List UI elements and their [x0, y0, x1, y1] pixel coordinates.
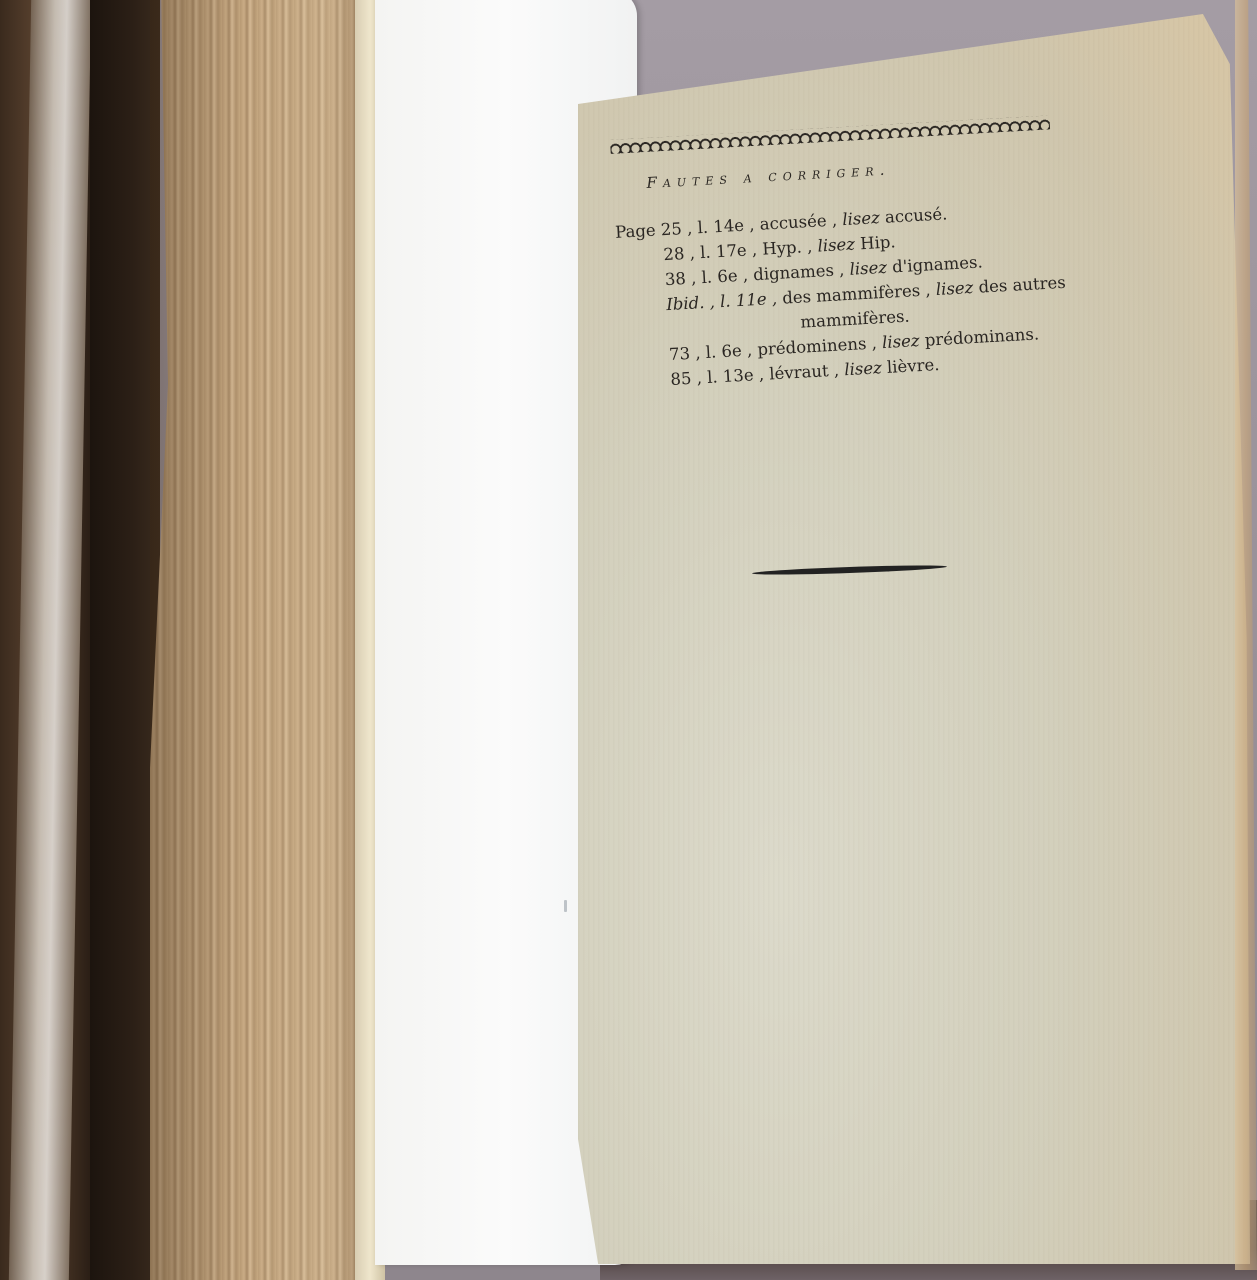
entry-correct: des autres — [978, 273, 1066, 297]
entry-lisez: lisez — [817, 235, 855, 256]
entry-ref: 28 , l. 17e , — [663, 240, 758, 264]
entry-wrong: Hyp. , — [762, 237, 813, 259]
entry-wrong: lévraut , — [769, 361, 840, 384]
entry-wrong: dignames , — [753, 260, 845, 284]
entry-lisez: lisez — [844, 358, 882, 379]
page-block-shading — [150, 0, 375, 1280]
entry-correct: prédominans. — [924, 324, 1039, 349]
book-photo: Fautes a corriger. Page 25 , l. 14e , ac… — [0, 0, 1257, 1280]
errata-content: Fautes a corriger. Page 25 , l. 14e , ac… — [610, 115, 1074, 395]
paper-speck — [564, 900, 567, 912]
entry-lisez: lisez — [842, 208, 880, 229]
entry-wrong: accusée , — [759, 210, 837, 233]
entry-ref: Ibid. , l. 11e , — [666, 289, 778, 314]
entry-correct: lièvre. — [886, 355, 940, 377]
entry-continuation: mammifères. — [800, 307, 910, 332]
entry-wrong: prédominens , — [757, 333, 877, 359]
entry-ref: 85 , l. 13e , — [670, 365, 765, 389]
errata-heading: Fautes a corriger. — [646, 151, 1062, 192]
entry-correct: Hip. — [860, 232, 896, 253]
entry-ref: 38 , l. 6e , — [664, 266, 748, 290]
entry-correct: d'ignames. — [892, 252, 983, 276]
entry-ref: 73 , l. 6e , — [669, 340, 753, 364]
entry-lisez: lisez — [935, 278, 973, 299]
entry-lisez: lisez — [882, 331, 920, 352]
entry-correct: accusé. — [884, 204, 947, 226]
entry-lisez: lisez — [849, 258, 887, 279]
